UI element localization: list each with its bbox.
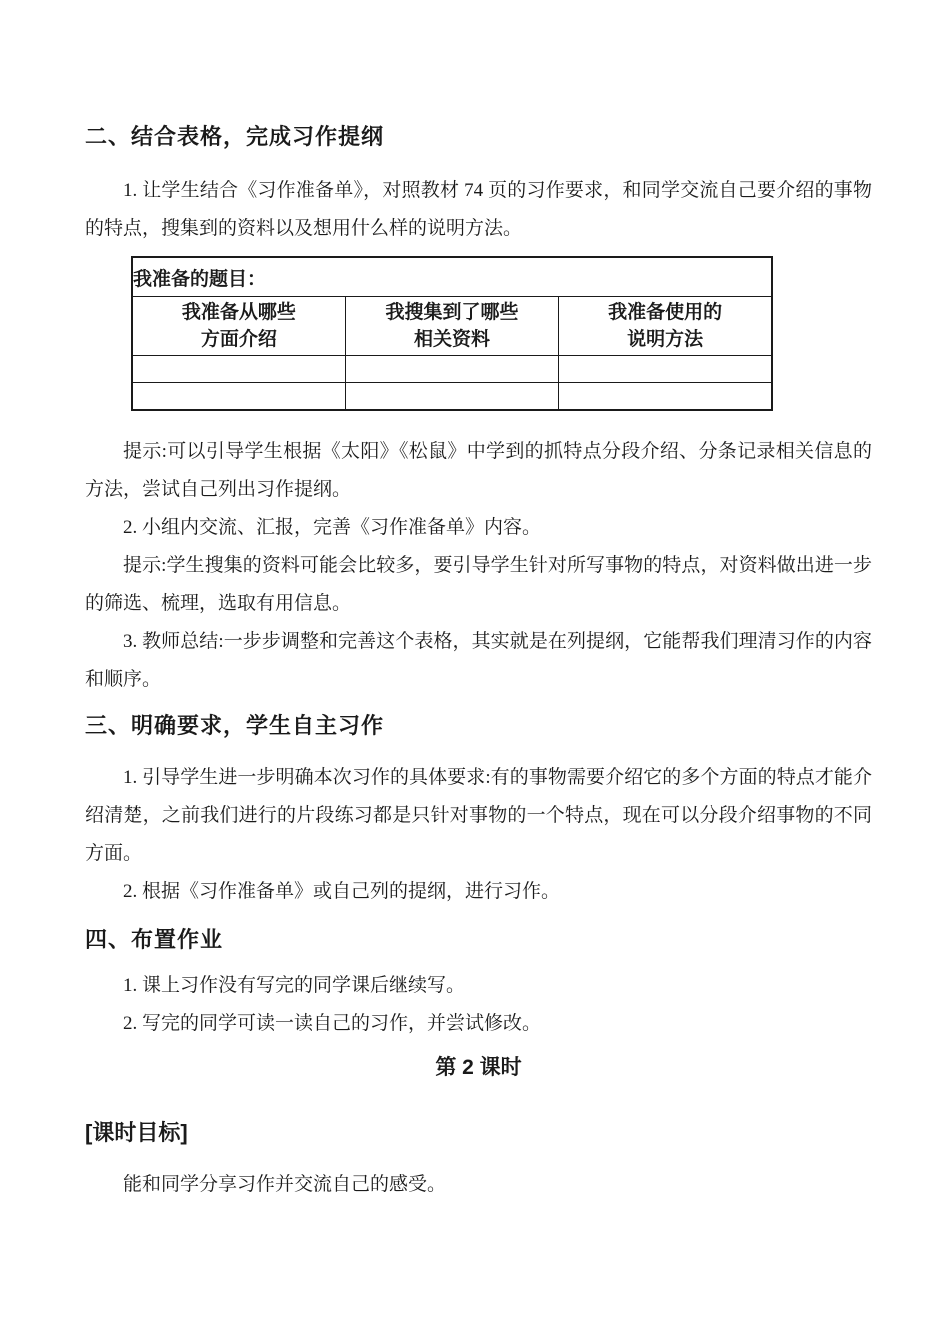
- section-two-step-2-paragraph: 2. 小组内交流、汇报，完善《习作准备单》内容。: [85, 509, 872, 547]
- section-three-step-1-paragraph: 1. 引导学生进一步明确本次习作的具体要求:有的事物需要介绍它的多个方面的特点才…: [85, 759, 872, 873]
- table-blank-row: [132, 383, 772, 411]
- table-blank-cell: [345, 383, 558, 411]
- header-line-2: 说明方法: [627, 329, 703, 350]
- section-two-heading: 二、结合表格，完成习作提纲: [85, 122, 872, 152]
- section-four-step-1-paragraph: 1. 课上习作没有写完的同学课后继续写。: [85, 967, 872, 1005]
- section-four-heading: 四、布置作业: [85, 925, 872, 955]
- section-three-step-2-paragraph: 2. 根据《习作准备单》或自己列的提纲，进行习作。: [85, 873, 872, 911]
- preparation-worksheet-table: 我准备的题目： 我准备从哪些 方面介绍 我搜集到了哪些 相关资料 我准备使用的 …: [131, 256, 773, 411]
- lesson-two-heading: 第 2 课时: [85, 1053, 872, 1083]
- section-two-step-3-paragraph: 3. 教师总结:一步步调整和完善这个表格，其实就是在列提纲，它能帮我们理清习作的…: [85, 623, 872, 699]
- table-blank-cell: [345, 356, 558, 383]
- table-column-header-methods: 我准备使用的 说明方法: [559, 297, 772, 356]
- table-title-row: 我准备的题目：: [132, 257, 772, 297]
- section-three-heading: 三、明确要求，学生自主习作: [85, 711, 872, 741]
- lesson-objective-heading: [课时目标]: [85, 1118, 872, 1148]
- section-two-tip-2-paragraph: 提示:学生搜集的资料可能会比较多，要引导学生针对所写事物的特点，对资料做出进一步…: [85, 547, 872, 623]
- table-column-header-materials: 我搜集到了哪些 相关资料: [345, 297, 558, 356]
- table-blank-cell: [132, 356, 345, 383]
- section-two-tip-1-paragraph: 提示:可以引导学生根据《太阳》《松鼠》中学到的抓特点分段介绍、分条记录相关信息的…: [85, 433, 872, 509]
- header-line-1: 我准备从哪些: [182, 302, 296, 323]
- header-line-2: 方面介绍: [201, 329, 277, 350]
- table-blank-row: [132, 356, 772, 383]
- table-blank-cell: [559, 383, 772, 411]
- table-blank-cell: [132, 383, 345, 411]
- section-four-step-2-paragraph: 2. 写完的同学可读一读自己的习作，并尝试修改。: [85, 1005, 872, 1043]
- header-line-1: 我搜集到了哪些: [385, 302, 518, 323]
- table-title-cell: 我准备的题目：: [132, 257, 772, 297]
- header-line-1: 我准备使用的: [608, 302, 722, 323]
- document-page: 二、结合表格，完成习作提纲 1. 让学生结合《习作准备单》，对照教材 74 页的…: [0, 0, 950, 1344]
- header-line-2: 相关资料: [414, 329, 490, 350]
- lesson-objective-paragraph: 能和同学分享习作并交流自己的感受。: [85, 1166, 872, 1204]
- table-column-header-aspects: 我准备从哪些 方面介绍: [132, 297, 345, 356]
- table-blank-cell: [559, 356, 772, 383]
- section-two-intro-paragraph: 1. 让学生结合《习作准备单》，对照教材 74 页的习作要求，和同学交流自己要介…: [85, 172, 872, 248]
- table-header-row: 我准备从哪些 方面介绍 我搜集到了哪些 相关资料 我准备使用的 说明方法: [132, 297, 772, 356]
